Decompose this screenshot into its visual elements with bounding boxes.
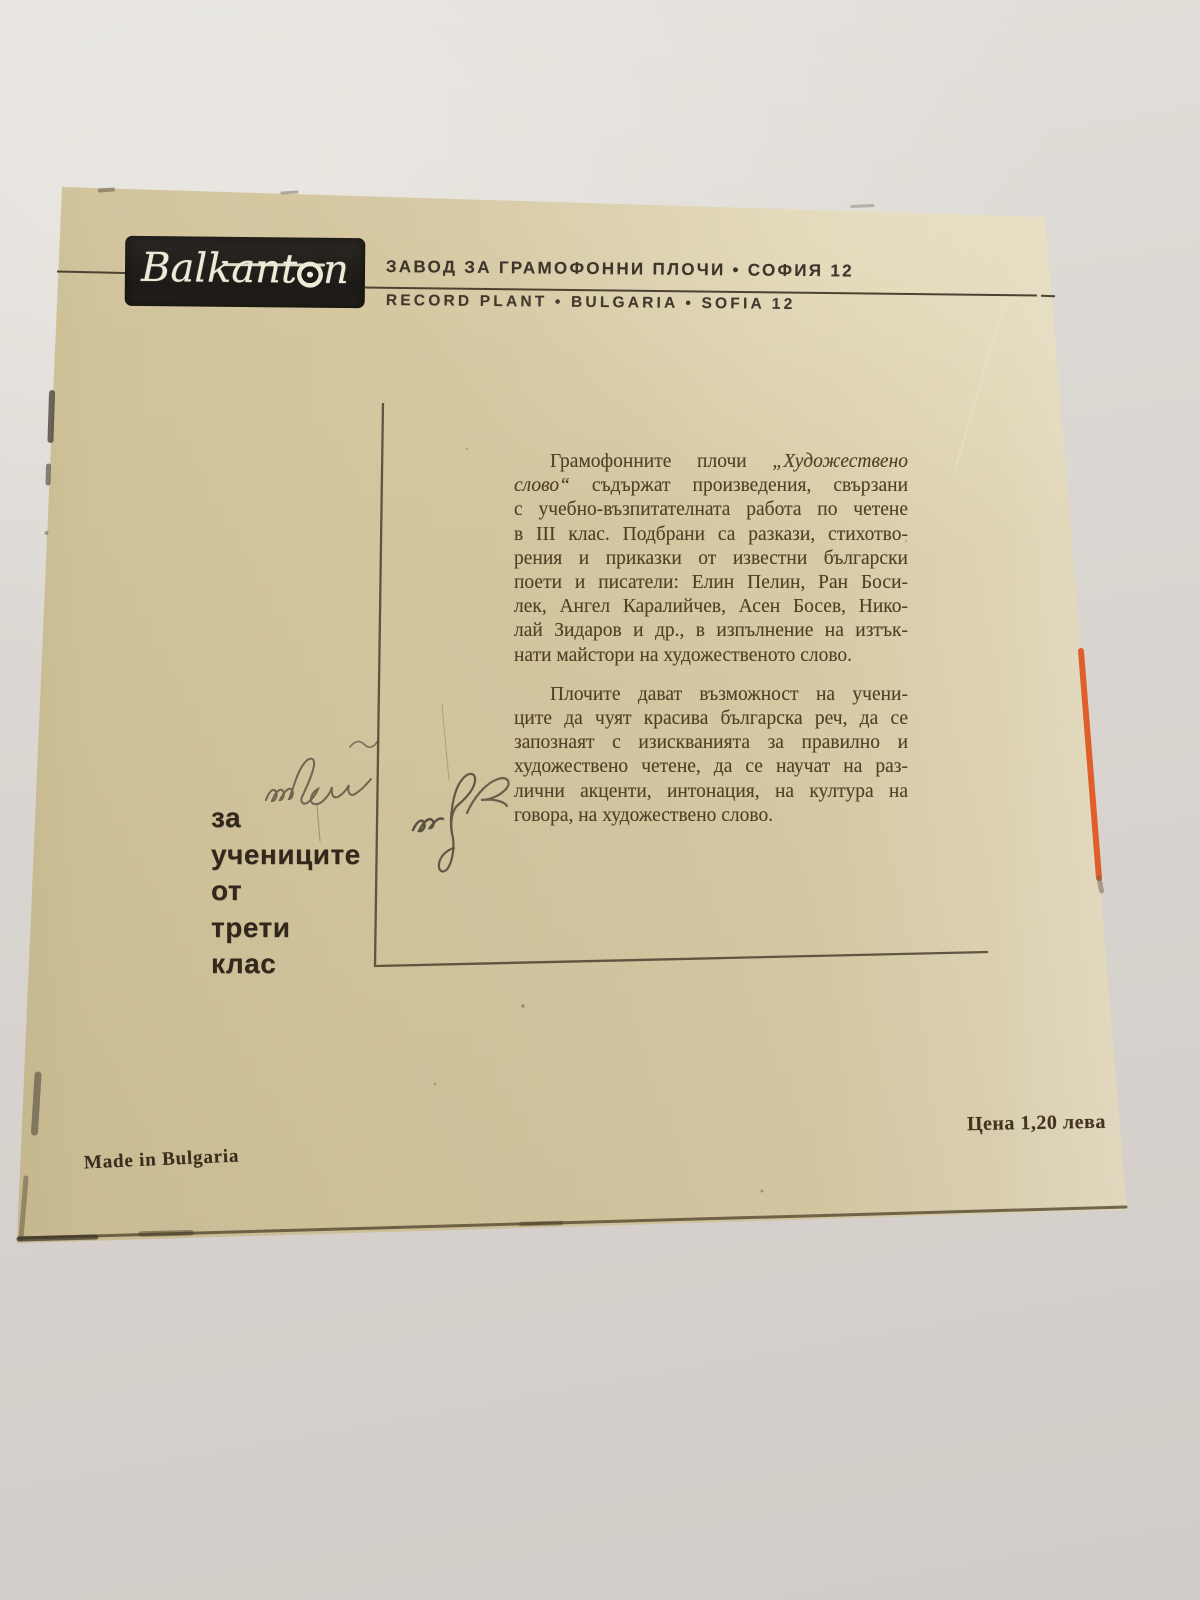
balkanton-logo-text: Balkant n	[141, 248, 349, 296]
side-title-line: учениците	[211, 837, 361, 874]
text-line: слово“ съдържат произведения, свързани	[514, 474, 908, 498]
side-title: за учениците от трети клас	[211, 800, 361, 983]
text-line: ците да чуят красива българска реч, да с…	[514, 707, 908, 731]
side-title-line: за	[211, 800, 361, 837]
paragraph-1: Грамофонните плочи „Художествено слово“ …	[514, 450, 908, 668]
text-line: лични акценти, интонация, на култура на	[514, 780, 908, 804]
text-line: художествено четене, да се научат на раз…	[514, 755, 908, 779]
side-title-line: трети	[211, 910, 361, 947]
text-line: запознаят с изискванията за правилно и	[514, 731, 908, 755]
text-line: нати майстори на художественото слово.	[514, 644, 908, 668]
text-line: рения и приказки от известни български	[514, 547, 908, 571]
paragraph-2: Плочите дават възможност на учени- ците …	[514, 683, 908, 828]
text-line: Плочите дават възможност на учени-	[514, 683, 908, 707]
logo-text-part1: Balkant	[141, 248, 297, 290]
side-title-line: клас	[211, 946, 361, 983]
text-line: лай Зидаров и др., в изпълнение на изтък…	[514, 619, 908, 643]
balkanton-logo: Balkant n	[125, 236, 366, 309]
text-line: Грамофонните плочи „Художествено	[514, 450, 908, 474]
text-line: с учебно-възпитателната работа по четене	[514, 498, 908, 522]
text-line: лек, Ангел Каралийчев, Асен Босев, Нико-	[514, 595, 908, 619]
logo-crossbar	[223, 263, 325, 266]
side-title-line: от	[211, 873, 361, 910]
logo-text-part2: n	[323, 250, 349, 290]
text-line: поети и писатели: Елин Пелин, Ран Боси-	[514, 571, 908, 595]
text-line: говора, на художествено слово.	[514, 804, 908, 828]
description-text: Грамофонните плочи „Художествено слово“ …	[514, 450, 908, 828]
price-label: Цена 1,20 лева	[967, 1111, 1106, 1136]
text-line: в III клас. Подбрани са разкази, стихотв…	[514, 523, 908, 547]
photo-background: Balkant n ЗАВОД ЗА ГРАМОФОННИ ПЛОЧИ • СО…	[0, 0, 1200, 1600]
